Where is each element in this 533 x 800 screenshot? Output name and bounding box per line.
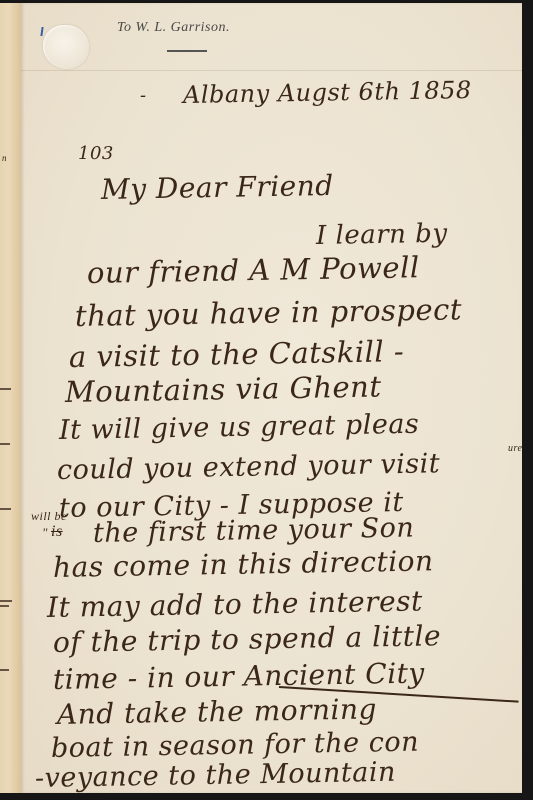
body-line-13: time - in our Ancient City — [53, 657, 425, 696]
blue-pencil-mark-icon — [40, 27, 43, 36]
paper-fold — [21, 70, 522, 71]
body-line-3: that you have in prospect — [75, 292, 463, 333]
facing-page-stroke — [0, 605, 9, 607]
body-line-11: It may add to the interest — [47, 584, 423, 624]
body-line-7: could you extend your visit — [57, 448, 441, 486]
facing-page-stroke — [0, 388, 11, 390]
letter-page: To W. L. Garrison. - Albany Augst 6th 18… — [21, 3, 522, 793]
salutation: My Dear Friend — [101, 169, 334, 206]
scan-frame: n To W. L. Garrison. - Albany Augst 6th … — [0, 0, 533, 800]
body-line-2: our friend A M Powell — [87, 250, 420, 290]
folio-number: 103 — [78, 143, 114, 164]
insertion-will-be: will be — [31, 509, 67, 524]
struck-word: is — [51, 523, 63, 541]
place-prefix: - — [140, 85, 147, 106]
facing-page-fragment: n — [2, 153, 7, 163]
pleasure-continuation: ure — [508, 443, 522, 454]
body-line-12: of the trip to spend a little — [53, 619, 442, 659]
facing-page-stroke — [0, 443, 10, 445]
body-line-4: a visit to the Catskill - — [69, 334, 405, 374]
facing-page-stroke — [0, 600, 12, 602]
place-and-date: Albany Augst 6th 1858 — [183, 76, 472, 109]
body-line-5: Mountains via Ghent — [65, 369, 382, 409]
body-line-1: I learn by — [316, 219, 448, 251]
recipient-annotation: To W. L. Garrison. — [117, 20, 230, 36]
facing-page-edge: n — [0, 3, 21, 793]
facing-page-stroke — [0, 508, 11, 510]
body-line-9: the first time your Son — [93, 512, 415, 549]
body-line-6: It will give us great pleas — [59, 409, 420, 446]
body-line-10: has come in this direction — [53, 544, 434, 584]
body-line-14: And take the morning — [57, 692, 377, 731]
body-line-16: -veyance to the Mountain — [35, 757, 396, 794]
recipient-annotation-underline — [167, 50, 207, 52]
facing-page-stroke — [0, 669, 9, 671]
ditto-mark: " — [42, 525, 48, 541]
embossed-stationery-mark-icon — [43, 25, 89, 69]
